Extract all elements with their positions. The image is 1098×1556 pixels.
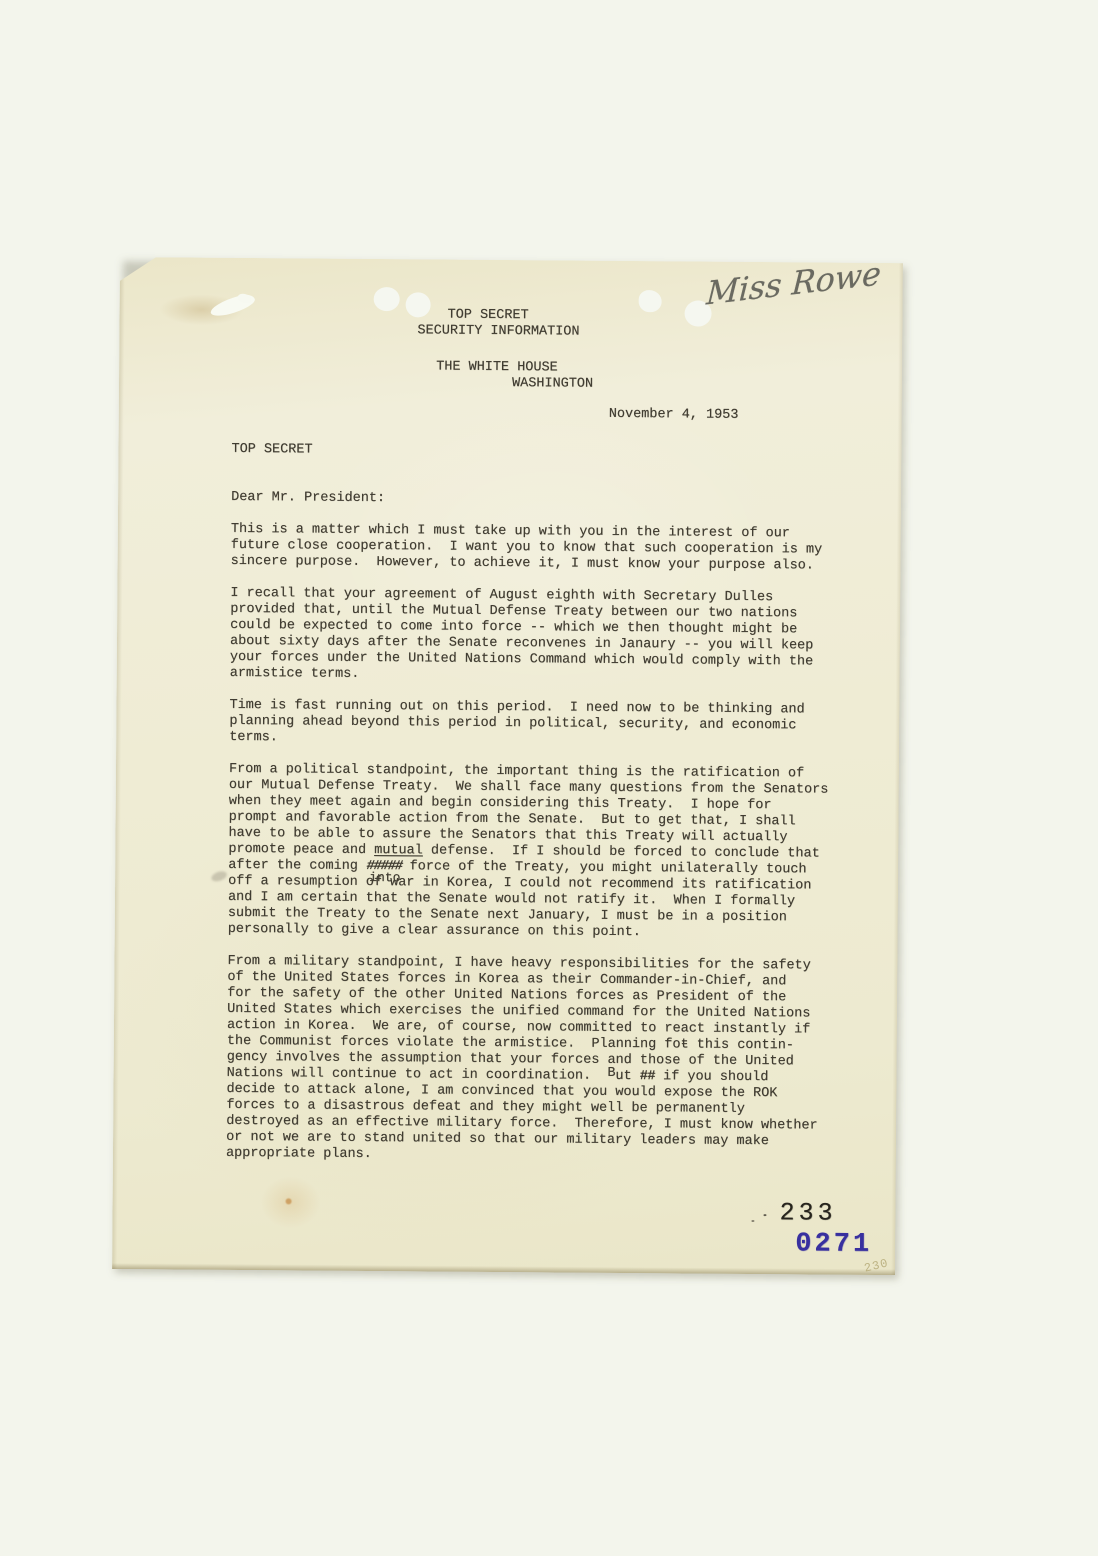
document-paper: Miss Rowe TOP SECRET SECURITY INFORMATIO…: [112, 257, 903, 1275]
scan-background: { "scan": { "background_color": "#f3f5ec…: [0, 0, 1098, 1556]
stain-spot: [286, 1198, 292, 1204]
hole-punch: [406, 292, 431, 317]
ink-speckles: [763, 1214, 766, 1216]
page-number-typed: 233: [779, 1200, 836, 1226]
page-number-blue-stamp: 0271: [795, 1230, 872, 1259]
classification-line-2: SECURITY INFORMATION: [417, 323, 579, 340]
letterhead-line-2: WASHINGTON: [512, 376, 593, 393]
classification-line-1: TOP SECRET: [447, 308, 528, 325]
hole-punch: [639, 290, 662, 312]
letter-body: TOP SECRET Dear Mr. President: This is a…: [226, 442, 831, 1167]
letterhead-line-1: THE WHITE HOUSE: [436, 359, 558, 376]
date-line: November 4, 1953: [609, 407, 739, 424]
ink-smudge: [210, 869, 228, 883]
handwritten-annotation: Miss Rowe: [705, 254, 882, 313]
hole-punch: [374, 287, 400, 311]
